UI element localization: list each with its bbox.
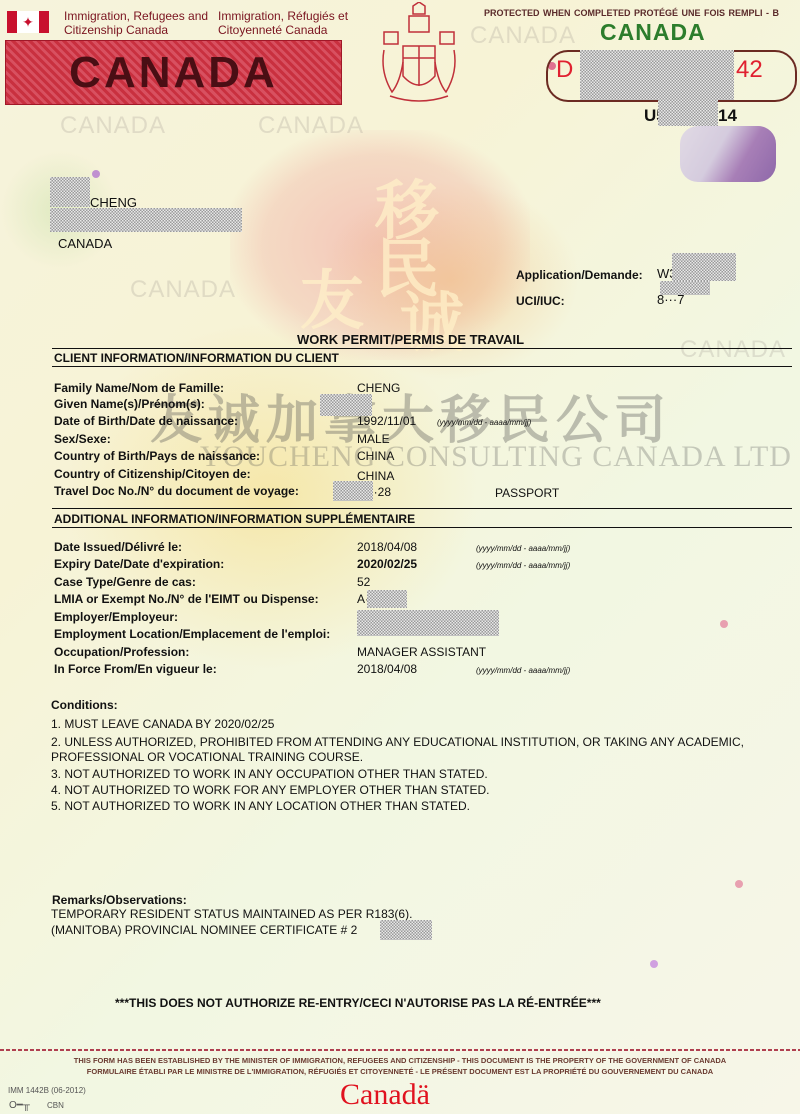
redaction-block (580, 50, 734, 100)
redaction-block (660, 281, 710, 295)
footer-divider (0, 1049, 800, 1051)
field-label: Travel Doc No./N° du document de voyage: (54, 484, 299, 498)
field-label: Date of Birth/Date de naissance: (54, 414, 238, 428)
field-label: Case Type/Genre de cas: (54, 575, 196, 589)
given-name-redacted (320, 394, 372, 416)
date-format-hint: (yyyy/mm/dd - aaaa/mm/jj) (437, 418, 531, 427)
reentry-notice: ***THIS DOES NOT AUTHORIZE RE-ENTRY/CECI… (115, 996, 601, 1010)
document-number-end: 42 (736, 56, 763, 84)
department-name-en: Immigration, Refugees and Citizenship Ca… (64, 9, 208, 37)
condition-item: 5. NOT AUTHORIZED TO WORK IN ANY LOCATIO… (51, 799, 751, 814)
footer-notice-fr: FORMULAIRE ÉTABLI PAR LE MINISTRE DE L'I… (0, 1067, 800, 1076)
redaction-block (50, 177, 90, 207)
field-label: In Force From/En vigueur le: (54, 662, 217, 676)
remark-line: (MANITOBA) PROVINCIAL NOMINEE CERTIFICAT… (51, 923, 357, 937)
watermark-canada: CANADA (60, 112, 166, 140)
travel-doc-type: PASSPORT (495, 486, 559, 500)
divider (52, 366, 792, 367)
divider (52, 348, 792, 349)
protected-notice: PROTECTED WHEN COMPLETED PROTÉGÉ UNE FOI… (484, 8, 779, 18)
decorative-dot (735, 880, 743, 888)
decorative-dot (92, 170, 100, 178)
date-format-hint: (yyyy/mm/dd - aaaa/mm/jj) (476, 544, 570, 553)
watermark-canada: CANADA (680, 336, 786, 364)
recipient-country: CANADA (58, 236, 112, 251)
redaction-block (333, 481, 373, 501)
date-format-hint: (yyyy/mm/dd - aaaa/mm/jj) (476, 666, 570, 675)
family-name-value: CHENG (357, 381, 400, 395)
conditions-heading: Conditions: (51, 698, 118, 712)
decorative-dot (720, 620, 728, 628)
watermark-canada: CANADA (258, 112, 364, 140)
section-heading-client-info: CLIENT INFORMATION/INFORMATION DU CLIENT (54, 351, 339, 365)
employer-redacted (357, 610, 499, 636)
watermark-canada: CANADA (470, 22, 576, 50)
decorative-dot (650, 960, 658, 968)
application-label: Application/Demande: (516, 268, 643, 282)
hologram-security-feature (680, 126, 776, 182)
coat-of-arms-icon (376, 2, 462, 110)
date-issued-value: 2018/04/08 (357, 540, 417, 554)
date-of-birth-value: 1992/11/01 (357, 414, 416, 428)
field-label: LMIA or Exempt No./N° de l'EIMT ou Dispe… (54, 592, 319, 606)
canada-wordmark: Canadä (340, 1078, 430, 1112)
field-label: Family Name/Nom de Famille: (54, 381, 224, 395)
form-number: IMM 1442B (06-2012) (8, 1086, 86, 1095)
banner-text: CANADA (69, 48, 278, 98)
redaction-block (658, 98, 718, 126)
remarks-heading: Remarks/Observations: (52, 893, 187, 907)
key-icon: O━╥ (9, 1100, 30, 1111)
uci-label: UCI/IUC: (516, 294, 565, 308)
document-number-start: D (556, 56, 573, 84)
field-label: Date Issued/Délivré le: (54, 540, 182, 554)
redaction-block (380, 920, 432, 940)
field-label: Employer/Employeur: (54, 610, 178, 624)
field-label: Country of Birth/Pays de naissance: (54, 449, 260, 463)
condition-item: 1. MUST LEAVE CANADA BY 2020/02/25 (51, 717, 751, 732)
condition-item: 4. NOT AUTHORIZED TO WORK FOR ANY EMPLOY… (51, 783, 751, 798)
canada-banner: CANADA (5, 40, 342, 105)
department-name-fr: Immigration, Réfugiés et Citoyenneté Can… (218, 9, 348, 37)
country-title: CANADA (600, 19, 706, 46)
field-label: Occupation/Profession: (54, 645, 189, 659)
serial-number-end: 14 (718, 106, 737, 126)
redaction-block (672, 253, 736, 281)
remark-line: TEMPORARY RESIDENT STATUS MAINTAINED AS … (51, 907, 412, 921)
case-type-value: 52 (357, 575, 370, 589)
field-label: Employment Location/Emplacement de l'emp… (54, 627, 330, 641)
divider (52, 508, 792, 509)
document-title: WORK PERMIT/PERMIS DE TRAVAIL (297, 332, 524, 347)
condition-item: 2. UNLESS AUTHORIZED, PROHIBITED FROM AT… (51, 735, 751, 765)
expiry-date-value: 2020/02/25 (357, 557, 417, 571)
section-heading-additional-info: ADDITIONAL INFORMATION/INFORMATION SUPPL… (54, 512, 415, 526)
watermark-chinese-char: 友 (300, 250, 364, 342)
country-of-birth-value: CHINA (357, 449, 394, 463)
printer-mark: CBN (47, 1101, 64, 1110)
redaction-block (367, 590, 407, 608)
sex-value: MALE (357, 432, 390, 446)
field-label: Expiry Date/Date d'expiration: (54, 557, 224, 571)
date-format-hint: (yyyy/mm/dd - aaaa/mm/jj) (476, 561, 570, 570)
canada-flag-icon: ✦ (7, 11, 49, 33)
field-label: Given Name(s)/Prénom(s): (54, 397, 205, 411)
watermark-company-english: YOUCHENG CONSULTING CANADA LTD (200, 440, 792, 474)
field-label: Sex/Sexe: (54, 432, 111, 446)
footer-notice-en: THIS FORM HAS BEEN ESTABLISHED BY THE MI… (0, 1056, 800, 1065)
field-label: Country of Citizenship/Citoyen de: (54, 467, 251, 481)
watermark-chinese-char: 诚 (400, 272, 464, 364)
divider (52, 527, 792, 528)
in-force-value: 2018/04/08 (357, 662, 417, 676)
condition-item: 3. NOT AUTHORIZED TO WORK IN ANY OCCUPAT… (51, 767, 751, 782)
redaction-block (50, 208, 242, 232)
occupation-value: MANAGER ASSISTANT (357, 645, 486, 659)
watermark-canada: CANADA (130, 276, 236, 304)
